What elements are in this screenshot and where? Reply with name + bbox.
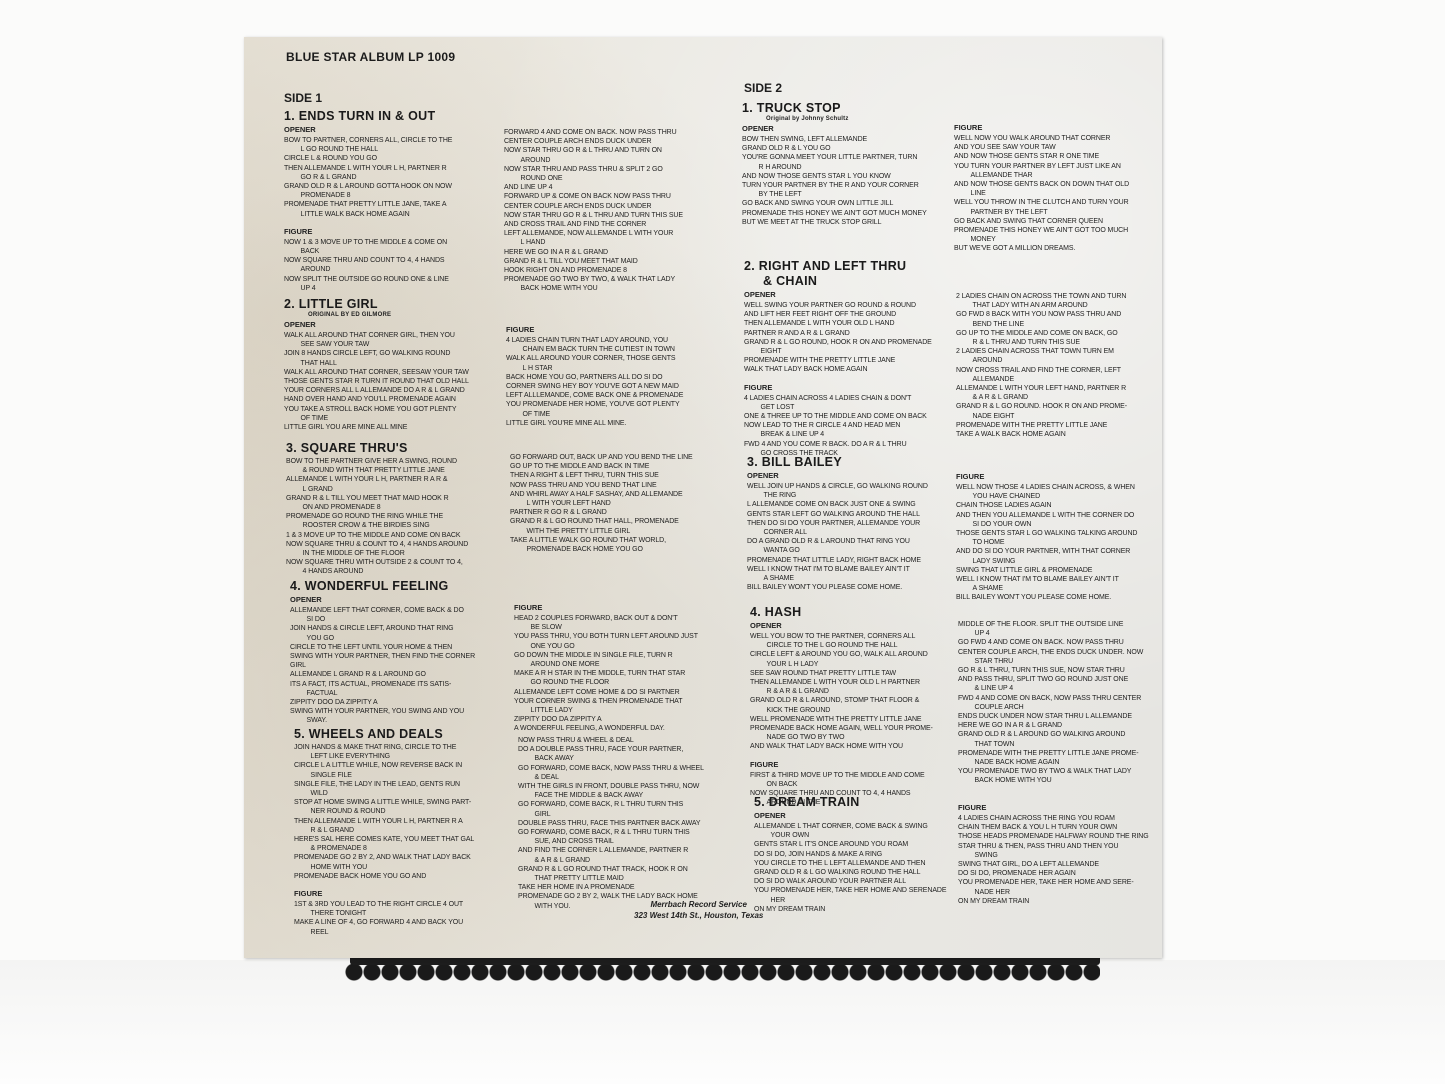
- lyric-line: GO UP TO THE MIDDLE AND COME ON BACK, GO: [956, 328, 1140, 337]
- lyric-line: ONE YOU GO: [514, 641, 726, 650]
- lyric-line: JOIN 8 HANDS CIRCLE LEFT, GO WALKING ROU…: [284, 348, 505, 357]
- song-title: 5. WHEELS AND DEALS: [294, 727, 534, 741]
- lyric-line: WELL NOW THOSE 4 LADIES CHAIN ACROSS, & …: [956, 482, 1140, 491]
- lyric-line: NOW STAR THRU AND PASS THRU & SPLIT 2 GO: [504, 164, 716, 173]
- lyric-line: GENTS STAR LEFT GO WALKING AROUND THE HA…: [747, 509, 949, 518]
- lyric-line: CENTER COUPLE ARCH, THE ENDS DUCK UNDER.…: [958, 647, 1142, 656]
- lyric-line: THAT LADY WITH AN ARM AROUND: [956, 300, 1140, 309]
- song-wheels-and-deals-figure-cont: NOW PASS THRU & WHEEL & DEALDO A DOUBLE …: [518, 735, 748, 910]
- lyric-line: ENDS DUCK UNDER NOW STAR THRU L ALLEMAND…: [958, 711, 1142, 720]
- lyric-line: BACK: [284, 246, 505, 255]
- publisher-credit: Merrbach Record Service 323 West 14th St…: [634, 899, 763, 921]
- lyric-line: THOSE GENTS STAR R TURN IT ROUND THAT OL…: [284, 376, 505, 385]
- opener-lines: WELL YOU BOW TO THE PARTNER, CORNERS ALL…: [750, 631, 970, 751]
- lyric-line: TAKE HER HOME IN A PROMENADE: [518, 882, 730, 891]
- lyric-line: PROMENADE THAT PRETTY LITTLE JANE, TAKE …: [284, 199, 505, 208]
- lyric-line: WILD: [294, 788, 515, 797]
- lyric-line: MIDDLE OF THE FLOOR. SPLIT THE OUTSIDE L…: [958, 619, 1142, 628]
- lyric-line: CENTER COUPLE ARCH ENDS DUCK UNDER: [504, 201, 716, 210]
- lyric-line: THE RING: [747, 490, 949, 499]
- lyric-line: ZIPPITY DOO DA ZIPPITY A: [514, 714, 726, 723]
- lyric-line: SI DO: [290, 614, 511, 623]
- lyric-line: CIRCLE TO THE LEFT UNTIL YOUR HOME & THE…: [290, 642, 511, 651]
- lyric-line: PROMENADE 8: [284, 190, 505, 199]
- lyric-line: YOU PROMENADE HER, TAKE HER HOME AND SER…: [754, 885, 956, 894]
- lyric-line: THEN ALLEMANDE L WITH YOUR L H, PARTNER …: [284, 163, 505, 172]
- lyric-line: UP 4: [958, 628, 1142, 637]
- lyric-line: GRAND OLD R & L YOU GO: [742, 143, 944, 152]
- lyric-line: NOW SQUARE THRU AND COUNT TO 4, 4 HANDS: [284, 255, 505, 264]
- lyric-line: THERE TONIGHT: [294, 908, 515, 917]
- figure-lines: NOW 1 & 3 MOVE UP TO THE MIDDLE & COME O…: [284, 237, 524, 292]
- lyric-line: NADE BACK HOME AGAIN: [958, 757, 1142, 766]
- lyric-line: AROUND: [504, 155, 716, 164]
- lyric-line: PROMENADE GO TWO BY TWO, & WALK THAT LAD…: [504, 274, 716, 283]
- lyric-line: L HAND: [504, 237, 716, 246]
- lyric-line: 1 & 3 MOVE UP TO THE MIDDLE AND COME ON …: [286, 530, 507, 539]
- lyric-line: YOUR L H LADY: [750, 659, 952, 668]
- lyric-line: YOU GO: [290, 633, 511, 642]
- lyric-line: GO UP TO THE MIDDLE AND BACK IN TIME: [510, 461, 722, 470]
- lyric-line: GRAND OLD R & L AROUND GOTTA HOOK ON NOW: [284, 181, 505, 190]
- lyric-line: L WITH YOUR LEFT HAND: [510, 498, 722, 507]
- lyric-line: THEN ALLEMANDE L WITH YOUR OLD L H PARTN…: [750, 677, 952, 686]
- lyric-line: GRAND OLD R & L AROUND, STOMP THAT FLOOR…: [750, 695, 952, 704]
- lyric-line: BOW TO PARTNER, CORNERS ALL, CIRCLE TO T…: [284, 135, 505, 144]
- lyric-line: WITH THE GIRLS IN FRONT, DOUBLE PASS THR…: [518, 781, 730, 790]
- lyric-line: BE SLOW: [514, 622, 726, 631]
- song-title: 2. LITTLE GIRL: [284, 297, 524, 311]
- figure-label: FIGURE: [294, 889, 534, 898]
- figure-cont-lines: MIDDLE OF THE FLOOR. SPLIT THE OUTSIDE L…: [958, 619, 1158, 785]
- lyric-line: HERE WE GO IN A R & L GRAND: [504, 247, 716, 256]
- song-bill-bailey: 3. BILL BAILEY OPENER WELL JOIN UP HANDS…: [747, 455, 967, 591]
- lyric-line: GRAND R & L GO ROUND. HOOK R ON AND PROM…: [956, 401, 1140, 410]
- lyric-line: AND NOW THOSE GENTS STAR L YOU KNOW: [742, 171, 944, 180]
- lyric-line: LITTLE GIRL YOU'RE MINE ALL MINE.: [506, 418, 718, 427]
- figure-lines: HEAD 2 COUPLES FORWARD, BACK OUT & DON'T…: [514, 613, 744, 733]
- song-ends-turn-in-out: 1. ENDS TURN IN & OUT OPENER BOW TO PART…: [284, 109, 524, 292]
- lyric-line: IN THE MIDDLE OF THE FLOOR: [286, 548, 507, 557]
- lyric-line: SWING THAT LITTLE GIRL & PROMENADE: [956, 565, 1140, 574]
- lyric-line: CIRCLE L & ROUND YOU GO: [284, 153, 505, 162]
- lyric-line: MONEY: [954, 234, 1138, 243]
- lyric-line: YOU HAVE CHAINED: [956, 491, 1140, 500]
- figure-label: FIGURE: [506, 325, 736, 334]
- publisher-address: 323 West 14th St., Houston, Texas: [634, 910, 763, 921]
- figure-lines: 4 LADIES CHAIN TURN THAT LADY AROUND, YO…: [506, 335, 736, 427]
- lyric-line: & ROUND WITH THAT PRETTY LITTLE JANE: [286, 465, 507, 474]
- song-title: 3. BILL BAILEY: [747, 455, 967, 469]
- lyric-line: GRAND R & L TILL YOU MEET THAT MAID HOOK…: [286, 493, 507, 502]
- lyric-line: AND THEN YOU ALLEMANDE L WITH THE CORNER…: [956, 510, 1140, 519]
- lyric-line: 4 LADIES CHAIN ACROSS THE RING YOU ROAM: [958, 813, 1142, 822]
- lyric-line: L ALLEMANDE COME ON BACK JUST ONE & SWIN…: [747, 499, 949, 508]
- lyric-line: YOUR CORNERS ALL L ALLEMANDE DO A R & L …: [284, 385, 505, 394]
- lyric-line: WELL NOW YOU WALK AROUND THAT CORNER: [954, 133, 1138, 142]
- opener-lines: BOW TO THE PARTNER GIVE HER A SWING, ROU…: [286, 456, 526, 576]
- lyric-line: MAKE A R H STAR IN THE MIDDLE, TURN THAT…: [514, 668, 726, 677]
- album-title: BLUE STAR ALBUM LP 1009: [286, 50, 455, 64]
- lyric-line: CIRCLE LEFT & AROUND YOU GO, WALK ALL AR…: [750, 649, 952, 658]
- lyric-line: GO R & L THRU, TURN THIS SUE, NOW STAR T…: [958, 665, 1142, 674]
- lyric-line: PROMENADE GO 2 BY 2, AND WALK THAT LADY …: [294, 852, 515, 861]
- lyric-line: WELL YOU BOW TO THE PARTNER, CORNERS ALL: [750, 631, 952, 640]
- lyric-line: STAR THRU & THEN, PASS THRU AND THEN YOU: [958, 841, 1142, 850]
- opener-lines: BOW TO PARTNER, CORNERS ALL, CIRCLE TO T…: [284, 135, 524, 218]
- figure-label: FIGURE: [514, 603, 744, 612]
- lyric-line: FIRST & THIRD MOVE UP TO THE MIDDLE AND …: [750, 770, 952, 779]
- lyric-line: & PROMENADE 8: [294, 843, 515, 852]
- lyric-line: LEFT ALLLEMANDE, COME BACK ONE & PROMENA…: [506, 390, 718, 399]
- lyric-line: FACE THE MIDDLE & BACK AWAY: [518, 790, 730, 799]
- lyric-line: ALLEMANDE L WITH YOUR L H, PARTNER R a R…: [286, 474, 507, 483]
- song-title: 1. ENDS TURN IN & OUT: [284, 109, 524, 123]
- figure-label: FIGURE: [284, 227, 524, 236]
- lyric-line: & A R & L GRAND: [956, 392, 1140, 401]
- figure-label: FIGURE: [954, 123, 1154, 132]
- lyric-line: DO A DOUBLE PASS THRU, FACE YOUR PARTNER…: [518, 744, 730, 753]
- lyric-line: CIRCLE L A LITTLE WHILE, NOW REVERSE BAC…: [294, 760, 515, 769]
- lyric-line: ALLEMANDE: [956, 374, 1140, 383]
- lyric-line: THEN ALLEMANDE L WITH YOUR OLD L HAND: [744, 318, 946, 327]
- lyric-line: NADE GO TWO BY TWO: [750, 732, 952, 741]
- lyric-line: DO SI DO, JOIN HANDS & MAKE A RING: [754, 849, 956, 858]
- opener-lines: ALLEMANDE L THAT CORNER, COME BACK & SWI…: [754, 821, 974, 913]
- lyric-line: YOU PROMENADE HER, TAKE HER HOME AND SER…: [958, 877, 1142, 886]
- lyric-line: YOU TURN YOUR PARTNER BY LEFT JUST LIKE …: [954, 161, 1138, 170]
- lyric-line: GO DOWN THE MIDDLE IN SINGLE FILE, TURN …: [514, 650, 726, 659]
- lyric-line: NADE HER: [958, 887, 1142, 896]
- lyric-line: NOW SPLIT THE OUTSIDE GO ROUND ONE & LIN…: [284, 274, 505, 283]
- lyric-line: WITH THE PRETTY LITTLE GIRL: [510, 526, 722, 535]
- lyric-line: LADY SWING: [956, 556, 1140, 565]
- song-credit: ORIGINAL BY ED GILMORE: [284, 312, 524, 318]
- song-right-and-left-thru-chain-figure-cont: 2 LADIES CHAIN ON ACROSS THE TOWN AND TU…: [956, 291, 1156, 438]
- lyric-line: THAT HALL: [284, 358, 505, 367]
- lyric-line: TO HOME: [956, 537, 1140, 546]
- lyric-line: FWD 4 AND YOU COME R BACK. DO A R & L TH…: [744, 439, 946, 448]
- lyric-line: LITTLE WALK BACK HOME AGAIN: [284, 209, 505, 218]
- lyric-line: SEE SAW ROUND THAT PRETTY LITTLE TAW: [750, 668, 952, 677]
- song-little-girl-figure: FIGURE 4 LADIES CHAIN TURN THAT LADY ARO…: [506, 323, 736, 427]
- lyric-line: DO SI DO, PROMENADE HER AGAIN: [958, 868, 1142, 877]
- figure-lines: 4 LADIES CHAIN ACROSS THE RING YOU ROAMC…: [958, 813, 1158, 905]
- lyric-line: STAR THRU: [958, 656, 1142, 665]
- lyric-line: ZIPPITY DOO DA ZIPPITY A: [290, 697, 511, 706]
- lyric-line: L GRAND: [286, 484, 507, 493]
- figure-lines: GO FORWARD OUT, BACK UP AND YOU BEND THE…: [510, 452, 740, 553]
- lyric-line: PROMENADE GO ROUND THE RING WHILE THE: [286, 511, 507, 520]
- lyric-line: SWING: [958, 850, 1142, 859]
- lyric-line: NOW LEAD TO THE R CIRCLE 4 AND HEAD MEN: [744, 420, 946, 429]
- lyric-line: YOU'RE GONNA MEET YOUR LITTLE PARTNER, T…: [742, 152, 944, 161]
- lyric-line: FORWARD UP & COME ON BACK NOW PASS THRU: [504, 191, 716, 200]
- song-wonderful-feeling-figure: FIGURE HEAD 2 COUPLES FORWARD, BACK OUT …: [514, 601, 744, 733]
- lyric-line: BOW TO THE PARTNER GIVE HER A SWING, ROU…: [286, 456, 507, 465]
- opener-label: OPENER: [754, 811, 974, 820]
- opener-label: OPENER: [290, 595, 530, 604]
- lyric-line: ALLEMANDE LEFT THAT CORNER, COME BACK & …: [290, 605, 511, 614]
- lyric-line: GO FORWARD OUT, BACK UP AND YOU BEND THE…: [510, 452, 722, 461]
- song-title: 4. HASH: [750, 605, 970, 619]
- lyric-line: GO FWD 4 AND COME ON BACK. NOW PASS THRU: [958, 637, 1142, 646]
- lyric-line: SI DO YOUR OWN: [956, 519, 1140, 528]
- song-hash: 4. HASH OPENER WELL YOU BOW TO THE PARTN…: [750, 605, 970, 806]
- lyric-line: ROUND ONE: [504, 173, 716, 182]
- lyric-line: WELL JOIN UP HANDS & CIRCLE, GO WALKING …: [747, 481, 949, 490]
- opener-lines: WELL SWING YOUR PARTNER GO ROUND & ROUND…: [744, 300, 964, 374]
- lyric-line: THEN ALLEMANDE L WITH YOUR L H, PARTNER …: [294, 816, 515, 825]
- lyric-line: HOME WITH YOU: [294, 862, 515, 871]
- lyric-line: ALLEMANDE L THAT CORNER, COME BACK & SWI…: [754, 821, 956, 830]
- figure-lines: WELL NOW YOU WALK AROUND THAT CORNERAND …: [954, 133, 1154, 253]
- lyric-line: YOUR CORNER SWING & THEN PROMENADE THAT: [514, 696, 726, 705]
- lyric-line: ROOSTER CROW & THE BIRDIES SING: [286, 520, 507, 529]
- lyric-line: THOSE GENTS STAR L GO WALKING TALKING AR…: [956, 528, 1140, 537]
- lyric-line: OF TIME: [506, 409, 718, 418]
- lyric-line: 2 LADIES CHAIN ON ACROSS THE TOWN AND TU…: [956, 291, 1140, 300]
- lyric-line: YOU CIRCLE TO THE L LEFT ALLEMANDE AND T…: [754, 858, 956, 867]
- lyric-line: & DEAL: [518, 772, 730, 781]
- lyric-line: ON AND PROMENADE 8: [286, 502, 507, 511]
- lyric-line: UP 4: [284, 283, 505, 292]
- lyric-line: AND YOU SEE SAW YOUR TAW: [954, 142, 1138, 151]
- lyric-line: NOW PASS THRU AND YOU BEND THAT LINE: [510, 480, 722, 489]
- song-title: 2. RIGHT AND LEFT THRU: [744, 259, 964, 273]
- song-square-thrus: 3. SQUARE THRU'S BOW TO THE PARTNER GIVE…: [286, 441, 526, 576]
- lyric-line: SINGLE FILE: [294, 770, 515, 779]
- opener-lines: ALLEMANDE LEFT THAT CORNER, COME BACK & …: [290, 605, 530, 725]
- song-right-and-left-thru-chain: 2. RIGHT AND LEFT THRU & CHAIN OPENER WE…: [744, 259, 964, 457]
- song-little-girl: 2. LITTLE GIRL ORIGINAL BY ED GILMORE OP…: [284, 297, 524, 431]
- lyric-line: DOUBLE PASS THRU, FACE THIS PARTNER BACK…: [518, 818, 730, 827]
- lyric-line: GO R & L GRAND: [284, 172, 505, 181]
- lyric-line: AND LIFT HER FEET RIGHT OFF THE GROUND: [744, 309, 946, 318]
- lyric-line: GRAND OLD R & L AROUND GO WALKING AROUND: [958, 729, 1142, 738]
- lyric-line: LEFT LIKE EVERYTHING: [294, 751, 515, 760]
- song-hash-figure-cont: MIDDLE OF THE FLOOR. SPLIT THE OUTSIDE L…: [958, 619, 1158, 785]
- lyric-line: TAKE A WALK BACK HOME AGAIN: [956, 429, 1140, 438]
- album-back-cover: BLUE STAR ALBUM LP 1009 SIDE 1 SIDE 2 1.…: [244, 37, 1162, 958]
- lyric-line: A WONDERFUL FEELING, A WONDERFUL DAY.: [514, 723, 726, 732]
- side-1-label: SIDE 1: [284, 91, 322, 105]
- lyric-line: JOIN HANDS & CIRCLE LEFT, AROUND THAT RI…: [290, 623, 511, 632]
- lyric-line: R H AROUND: [742, 162, 944, 171]
- lyric-line: WELL YOU THROW IN THE CLUTCH AND TURN YO…: [954, 197, 1138, 206]
- figure-cont-lines: 2 LADIES CHAIN ON ACROSS THE TOWN AND TU…: [956, 291, 1156, 438]
- lyric-line: ON MY DREAM TRAIN: [958, 896, 1142, 905]
- lyric-line: WELL PROMENADE WITH THE PRETTY LITTLE JA…: [750, 714, 952, 723]
- lyric-line: AND NOW THOSE GENTS STAR R ONE TIME: [954, 151, 1138, 160]
- lyric-line: THAT TOWN: [958, 739, 1142, 748]
- song-ends-turn-in-out-figure-cont: FORWARD 4 AND COME ON BACK. NOW PASS THR…: [504, 127, 734, 293]
- lyric-line: GRAND R & L GO ROUND THAT HALL, PROMENAD…: [510, 516, 722, 525]
- lyric-line: GIRL: [290, 660, 511, 669]
- lyric-line: ON MY DREAM TRAIN: [754, 904, 956, 913]
- opener-lines: WELL JOIN UP HANDS & CIRCLE, GO WALKING …: [747, 481, 967, 591]
- lyric-line: PROMENADE WITH THE PRETTY LITTLE JANE: [956, 420, 1140, 429]
- lyric-line: BACK HOME WITH YOU: [504, 283, 716, 292]
- lyric-line: YOU TAKE A STROLL BACK HOME YOU GOT PLEN…: [284, 404, 505, 413]
- figure-lines: 1ST & 3rd YOU LEAD TO THE RIGHT CIRCLE 4…: [294, 899, 534, 936]
- lyric-line: GO BACK AND SWING YOUR OWN LITTLE JILL: [742, 198, 944, 207]
- lyric-line: PARTNER BY THE LEFT: [954, 207, 1138, 216]
- lyric-line: 4 LADIES CHAIN TURN THAT LADY AROUND, YO…: [506, 335, 718, 344]
- opener-label: OPENER: [284, 320, 524, 329]
- lyric-line: SINGLE FILE, THE LADY IN THE LEAD, GENTS…: [294, 779, 515, 788]
- lyric-line: NOW CROSS TRAIL AND FIND THE CORNER, LEF…: [956, 365, 1140, 374]
- lyric-line: HER: [754, 895, 956, 904]
- lyric-line: AND NOW THOSE GENTS BACK ON DOWN THAT OL…: [954, 179, 1138, 188]
- lyric-line: GENTS STAR L IT'S ONCE AROUND YOU ROAM: [754, 839, 956, 848]
- lyric-line: CHAIN EM BACK TURN THE CUTIEST IN TOWN: [506, 344, 718, 353]
- lyric-line: GO FORWARD, COME BACK, NOW PASS THRU & W…: [518, 763, 730, 772]
- lyric-line: YOU PASS THRU, YOU BOTH TURN LEFT AROUND…: [514, 631, 726, 640]
- song-title: 1. TRUCK STOP: [742, 101, 962, 115]
- lyric-line: ALLEMANDE LEFT COME HOME & DO SI PARTNER: [514, 687, 726, 696]
- lyric-line: 4 LADIES CHAIN ACROSS 4 LADIES CHAIN & D…: [744, 393, 946, 402]
- figure-label: FIGURE: [958, 803, 1158, 812]
- lyric-line: ITS A FACT, ITS ACTUAL, PROMENADE ITS SA…: [290, 679, 511, 688]
- lyric-line: GET LOST: [744, 402, 946, 411]
- lyric-line: DO SI DO WALK AROUND YOUR PARTNER ALL: [754, 876, 956, 885]
- lyric-line: GO FORWARD, COME BACK, R L THRU TURN THI…: [518, 799, 730, 808]
- lyric-line: BY THE LEFT: [742, 189, 944, 198]
- side-2-label: SIDE 2: [744, 81, 782, 95]
- opener-label: OPENER: [747, 471, 967, 480]
- lyric-line: WALK ALL AROUND THAT CORNER GIRL, THEN Y…: [284, 330, 505, 339]
- lyric-line: CENTER COUPLE ARCH ENDS DUCK UNDER: [504, 136, 716, 145]
- lyric-line: CHAIN THOSE LADIES AGAIN: [956, 500, 1140, 509]
- lyric-line: HERE WE GO IN A R & L GRAND: [958, 720, 1142, 729]
- lyric-line: NOW 1 & 3 MOVE UP TO THE MIDDLE & COME O…: [284, 237, 505, 246]
- lyric-line: EIGHT: [744, 346, 946, 355]
- lyric-line: A SHAME: [747, 573, 949, 582]
- lyric-line: SWAY.: [290, 715, 511, 724]
- lyric-line: GO ROUND THE FLOOR: [514, 677, 726, 686]
- lyric-line: BUT WE MEET AT THE TRUCK STOP GRILL: [742, 217, 944, 226]
- lyric-line: BREAK & LINE UP 4: [744, 429, 946, 438]
- lyric-line: ALLEMANDE THAR: [954, 170, 1138, 179]
- lyric-line: TAKE A LITTLE WALK GO ROUND THAT WORLD,: [510, 535, 722, 544]
- lyric-line: WELL I KNOW THAT I'M TO BLAME BAILEY AIN…: [747, 564, 949, 573]
- lyric-line: BILL BAILEY WON'T YOU PLEASE COME HOME.: [747, 582, 949, 591]
- lyric-line: A SHAME: [956, 583, 1140, 592]
- song-dream-train: 5. DREAM TRAIN OPENER ALLEMANDE L THAT C…: [754, 795, 974, 913]
- lyric-line: PROMENADE BACK HOME AGAIN, WELL YOUR PRO…: [750, 723, 952, 732]
- lyric-line: & LINE UP 4: [958, 683, 1142, 692]
- lyric-line: GRAND OLD R & L GO WALKING ROUND THE HAL…: [754, 867, 956, 876]
- lyric-line: BUT WE'VE GOT A MILLION DREAMS.: [954, 243, 1138, 252]
- song-credit: Original by Johnny Schultz: [742, 116, 962, 122]
- lyric-line: JOIN HANDS & MAKE THAT RING, CIRCLE TO T…: [294, 742, 515, 751]
- lyric-line: AND PASS THRU, SPLIT TWO GO ROUND JUST O…: [958, 674, 1142, 683]
- lyric-line: CORNER ALL: [747, 527, 949, 536]
- lyric-line: ALLEMANDE L WITH YOUR LEFT HAND, PARTNER…: [956, 383, 1140, 392]
- figure-cont-lines: NOW PASS THRU & WHEEL & DEALDO A DOUBLE …: [518, 735, 748, 910]
- song-title: 3. SQUARE THRU'S: [286, 441, 526, 455]
- lyric-line: WALK ALL AROUND THAT CORNER, SEESAW YOUR…: [284, 367, 505, 376]
- lyric-line: OF TIME: [284, 413, 505, 422]
- lyric-line: AND CROSS TRAIL AND FIND THE CORNER: [504, 219, 716, 228]
- lyric-line: DO A GRAND OLD R & L AROUND THAT RING YO…: [747, 536, 949, 545]
- lyric-line: LITTLE LADY: [514, 705, 726, 714]
- lyric-line: BILL BAILEY WON'T YOU PLEASE COME HOME.: [956, 592, 1140, 601]
- lyric-line: AND FIND THE CORNER L ALLEMANDE, PARTNER…: [518, 845, 730, 854]
- lyric-line: AROUND ONE MORE: [514, 659, 726, 668]
- lyric-line: WELL I KNOW THAT I'M TO BLAME BAILEY AIN…: [956, 574, 1140, 583]
- lyric-line: L GO ROUND THE HALL: [284, 144, 505, 153]
- lyric-line: BACK AWAY: [518, 753, 730, 762]
- lyric-line: R & A R & L GRAND: [750, 686, 952, 695]
- lyric-line: STOP AT HOME SWING A LITTLE WHILE, SWING…: [294, 797, 515, 806]
- lyric-line: MAKE A LINE OF 4, GO FORWARD 4 AND BACK …: [294, 917, 515, 926]
- lyric-line: THEN A RIGHT & LEFT THRU, TURN THIS SUE: [510, 470, 722, 479]
- lyric-line: GO FORWARD, COME BACK, R & L THRU TURN T…: [518, 827, 730, 836]
- lyric-line: AROUND: [956, 355, 1140, 364]
- lyric-line: CORNER SWING HEY BOY YOU'VE GOT A NEW MA…: [506, 381, 718, 390]
- opener-label: OPENER: [284, 125, 524, 134]
- lyric-line: NOW STAR THRU GO R & L THRU AND TURN THI…: [504, 210, 716, 219]
- lyric-line: FWD 4 AND COME ON BACK, NOW PASS THRU CE…: [958, 693, 1142, 702]
- opener-label: OPENER: [750, 621, 970, 630]
- lyric-line: HERE'S SAL HERE COMES KATE, YOU MEET THA…: [294, 834, 515, 843]
- lyric-line: NER ROUND & ROUND: [294, 806, 515, 815]
- song-wheels-and-deals: 5. WHEELS AND DEALS JOIN HANDS & MAKE TH…: [294, 727, 534, 936]
- figure-label: FIGURE: [956, 472, 1156, 481]
- opener-label: OPENER: [742, 124, 962, 133]
- lyric-line: AND DO SI DO YOUR PARTNER, WITH THAT COR…: [956, 546, 1140, 555]
- lyric-line: GO FWD 8 BACK WITH YOU NOW PASS THRU AND: [956, 309, 1140, 318]
- song-square-thrus-figure: GO FORWARD OUT, BACK UP AND YOU BEND THE…: [510, 452, 740, 553]
- lyric-line: LITTLE GIRL YOU ARE MINE ALL MINE: [284, 422, 505, 431]
- lyric-line: 2 LADIES CHAIN ACROSS THAT TOWN TURN EM: [956, 346, 1140, 355]
- lyric-line: AND WHIRL AWAY A HALF SASHAY, AND ALLEMA…: [510, 489, 722, 498]
- lyric-line: COUPLE ARCH: [958, 702, 1142, 711]
- lyric-line: BOW THEN SWING, LEFT ALLEMANDE: [742, 134, 944, 143]
- lyric-line: SUE, AND CROSS TRAIL: [518, 836, 730, 845]
- song-bill-bailey-figure: FIGURE WELL NOW THOSE 4 LADIES CHAIN ACR…: [956, 470, 1156, 602]
- figure-lines: 4 LADIES CHAIN ACROSS 4 LADIES CHAIN & D…: [744, 393, 964, 457]
- lyric-line: THOSE HEADS PROMENADE HALFWAY ROUND THE …: [958, 831, 1142, 840]
- lyric-line: LINE: [954, 188, 1138, 197]
- opener-label: OPENER: [744, 290, 964, 299]
- lyric-line: ONE & THREE UP TO THE MIDDLE AND COME ON…: [744, 411, 946, 420]
- lyric-line: WALK ALL AROUND YOUR CORNER, THOSE GENTS: [506, 353, 718, 362]
- lyric-line: AND LINE UP 4: [504, 182, 716, 191]
- lyric-line: GO BACK AND SWING THAT CORNER QUEEN: [954, 216, 1138, 225]
- lyric-line: NADE EIGHT: [956, 411, 1140, 420]
- lyric-line: R & L THRU AND TURN THIS SUE: [956, 337, 1140, 346]
- lyric-line: WANTA GO: [747, 545, 949, 554]
- lyric-line: NOW PASS THRU & WHEEL & DEAL: [518, 735, 730, 744]
- figure-label: FIGURE: [750, 760, 970, 769]
- opener-lines: WALK ALL AROUND THAT CORNER GIRL, THEN Y…: [284, 330, 524, 431]
- song-title: 4. WONDERFUL FEELING: [290, 579, 530, 593]
- lyric-line: 1ST & 3rd YOU LEAD TO THE RIGHT CIRCLE 4…: [294, 899, 515, 908]
- lyric-line: GRAND R & L TILL YOU MEET THAT MAID: [504, 256, 716, 265]
- lyric-line: HAND OVER HAND AND YOU'LL PROMENADE AGAI…: [284, 394, 505, 403]
- lyric-line: PROMENADE THIS HONEY WE AIN'T GOT MUCH M…: [742, 208, 944, 217]
- lyric-line: SEE SAW YOUR TAW: [284, 339, 505, 348]
- lyric-line: PROMENADE THAT LITTLE LADY, RIGHT BACK H…: [747, 555, 949, 564]
- lyric-line: NOW SQUARE THRU WITH OUTSIDE 2 & COUNT T…: [286, 557, 507, 566]
- figure-lines: WELL NOW THOSE 4 LADIES CHAIN ACROSS, & …: [956, 482, 1156, 602]
- lyric-line: LEFT ALLEMANDE, NOW ALLEMANDE L WITH YOU…: [504, 228, 716, 237]
- lyric-line: BACK HOME YOU GO, PARTNERS ALL DO SI DO: [506, 372, 718, 381]
- lyric-line: AROUND: [284, 264, 505, 273]
